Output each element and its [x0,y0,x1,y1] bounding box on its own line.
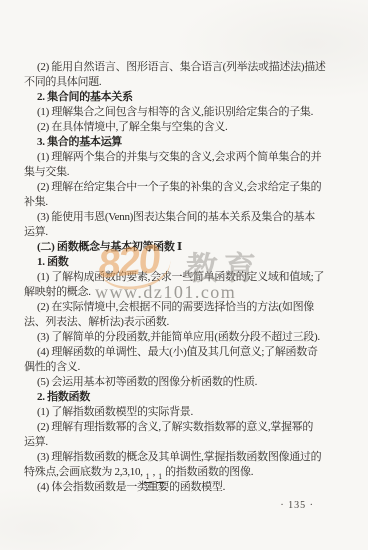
text-line: (2) 理解有理指数幂的含义,了解实数指数幂的意义,掌握幂的 [24,420,346,435]
heading-line: 2. 指数函数 [24,390,346,405]
document-page: (2) 能用自然语言、图形语言、集合语言(列举法或描述法)描述不同的具体问题.2… [0,0,368,550]
text-line: 法、列表法、解析法)表示函数. [24,315,346,330]
text-line: (1) 理解两个集合的并集与交集的含义,会求两个简单集合的并 [24,150,346,165]
text-line: (4) 理解函数的单调性、最大(小)值及其几何意义;了解函数奇 [24,345,346,360]
text-line: (5) 会运用基本初等函数的图像分析函数的性质. [24,375,346,390]
text-line: 补集. [24,195,346,210]
text-line: 运算. [24,435,346,450]
text-line: (3) 能使用韦恩(Venn)图表达集合间的基本关系及集合的基本 [24,210,346,225]
text-line: (3) 理解指数函数的概念及其单调性,掌握指数函数图像通过的 [24,450,346,465]
text-line: (2) 理解在给定集合中一个子集的补集的含义,会求给定子集的 [24,180,346,195]
text-line: (2) 能用自然语言、图形语言、集合语言(列举法或描述法)描述 [24,60,346,75]
text-line: (1) 了解指数函数模型的实际背景. [24,405,346,420]
text-line: 偶性的含义. [24,360,346,375]
heading-line: 1. 函数 [24,255,346,270]
text-line: (1) 了解构成函数的要素,会求一些简单函数的定义域和值域;了 [24,270,346,285]
text-line: 集与交集. [24,165,346,180]
page-number: · 135 · [280,500,314,511]
text-line: (2) 在实际情境中,会根据不同的需要选择恰当的方法(如图像 [24,300,346,315]
text-line: 解映射的概念. [24,285,346,300]
heading-line: (二) 函数概念与基本初等函数 Ⅰ [24,240,346,255]
text-line: (4) 体会指数函数是一类重要的函数模型. [24,480,346,495]
text-line: (3) 了解简单的分段函数,并能简单应用(函数分段不超过三段). [24,330,346,345]
body-text: (2) 能用自然语言、图形语言、集合语言(列举法或描述法)描述不同的具体问题.2… [24,60,346,495]
text-line: 不同的具体问题. [24,75,346,90]
text-line: 特殊点,会画底数为 2,3,10,12,13的指数函数的图像. [24,465,346,480]
heading-line: 3. 集合的基本运算 [24,135,346,150]
text-line: (2) 在具体情境中,了解全集与空集的含义. [24,120,346,135]
text-line: 运算. [24,225,346,240]
heading-line: 2. 集合间的基本关系 [24,90,346,105]
text-line: (1) 理解集合之间包含与相等的含义,能识别给定集合的子集. [24,105,346,120]
